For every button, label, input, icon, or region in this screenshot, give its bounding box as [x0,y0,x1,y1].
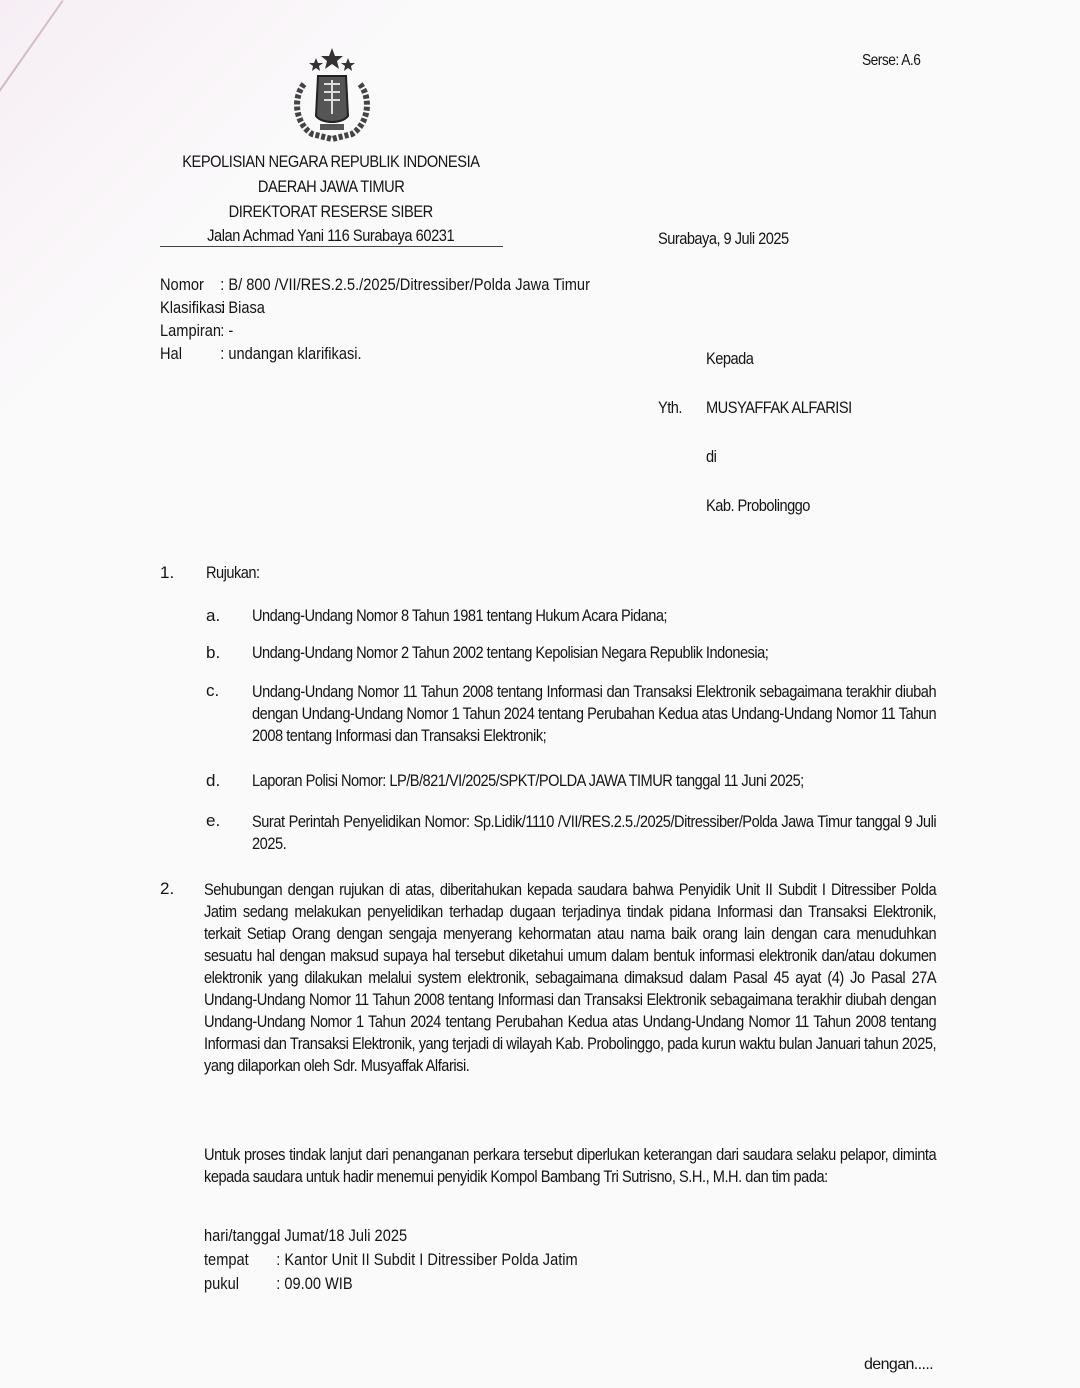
section1-number: 1. [160,563,174,583]
ref-a-text: Undang-Undang Nomor 8 Tahun 1981 tentang… [252,606,667,626]
letterhead-directorate: DIREKTORAT RESERSE SIBER [140,202,522,222]
recipient-yth: Yth. [658,398,682,418]
ref-e-marker: e. [206,811,220,831]
ref-a-marker: a. [206,606,220,626]
ref-c-marker: c. [206,681,219,701]
ref-b-marker: b. [206,643,220,663]
letterhead-address: Jalan Achmad Yani 116 Surabaya 60231 [150,226,512,246]
meta-hal: Hal: undangan klarifikasi. [160,344,362,364]
place-date: Surabaya, 9 Juli 2025 [658,229,789,249]
ref-d-marker: d. [206,771,220,791]
police-emblem-icon [282,44,382,144]
recipient-location: Kab. Probolinggo [706,496,810,516]
recipient-name: MUSYAFFAK ALFARISI [706,398,852,418]
meta-klasifikasi: Klasifikasi: Biasa [160,298,265,318]
recipient-kepada: Kepada [706,349,753,369]
ref-c-text: Undang-Undang Nomor 11 Tahun 2008 tentan… [252,681,936,747]
page-continuation: dengan..... [864,1356,933,1374]
section2-paragraph1: Sehubungan dengan rujukan di atas, diber… [204,879,936,1077]
section2-paragraph2: Untuk proses tindak lanjut dari penangan… [204,1144,936,1188]
ref-d-text: Laporan Polisi Nomor: LP/B/821/VI/2025/S… [252,771,804,791]
ref-b-text: Undang-Undang Nomor 2 Tahun 2002 tentang… [252,643,768,663]
form-code: Serse: A.6 [862,52,920,70]
letterhead-divider [160,246,503,247]
recipient-di: di [706,447,716,467]
meta-lampiran: Lampiran: - [160,321,233,341]
ref-e-text: Surat Perintah Penyelidikan Nomor: Sp.Li… [252,811,936,855]
section1-title: Rujukan: [206,563,260,583]
letterhead-institution: KEPOLISIAN NEGARA REPUBLIK INDONESIA [140,152,522,172]
meta-nomor: Nomor: B/ 800 /VII/RES.2.5./2025/Ditress… [160,275,590,295]
section2-number: 2. [160,879,174,899]
schedule-place: tempat: Kantor Unit II Subdit I Ditressi… [204,1250,578,1270]
schedule-time: pukul: 09.00 WIB [204,1274,353,1294]
schedule-date: hari/tanggal: Jumat/18 Juli 2025 [204,1226,407,1246]
letterhead-region: DAERAH JAWA TIMUR [140,177,522,197]
